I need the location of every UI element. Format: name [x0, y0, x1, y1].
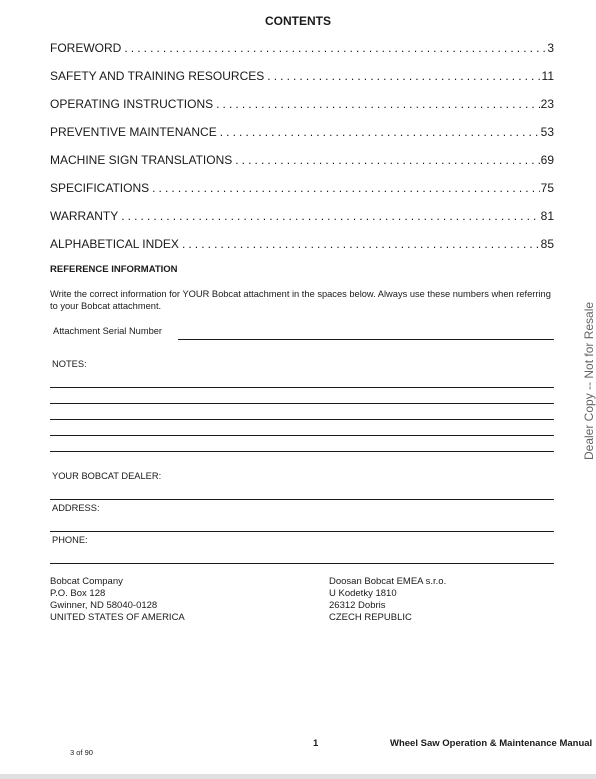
reference-instructions: Write the correct information for YOUR B…	[50, 288, 556, 312]
toc-label: SPECIFICATIONS	[50, 181, 152, 195]
address-line: Gwinner, ND 58040-0128	[50, 600, 185, 612]
dealer-label: YOUR BOBCAT DEALER:	[52, 471, 161, 481]
phone-field[interactable]	[50, 563, 554, 564]
address-field[interactable]	[50, 531, 554, 532]
toc-label: FOREWORD	[50, 41, 124, 55]
watermark: Dealer Copy -- Not for Resale	[582, 302, 596, 460]
address-label: ADDRESS:	[52, 503, 100, 513]
toc-page: 3	[546, 41, 554, 55]
toc-entry[interactable]: OPERATING INSTRUCTIONS .................…	[50, 97, 554, 113]
toc-label: ALPHABETICAL INDEX	[50, 237, 182, 251]
notes-label: NOTES:	[52, 359, 87, 369]
address-line: CZECH REPUBLIC	[329, 612, 446, 624]
toc-entry[interactable]: MACHINE SIGN TRANSLATIONS ..............…	[50, 153, 554, 169]
toc-label: MACHINE SIGN TRANSLATIONS	[50, 153, 235, 167]
page-counter: 3 of 90	[70, 748, 93, 757]
serial-number-label: Attachment Serial Number	[53, 326, 162, 336]
toc-page: 23	[540, 97, 554, 111]
notes-line[interactable]	[50, 387, 554, 388]
address-block-emea: Doosan Bobcat EMEA s.r.o. U Kodetky 1810…	[329, 576, 446, 624]
address-line: 26312 Dobris	[329, 600, 446, 612]
address-line: P.O. Box 128	[50, 588, 185, 600]
dot-leader: ........................................…	[152, 181, 540, 195]
notes-line[interactable]	[50, 451, 554, 452]
toc-label: OPERATING INSTRUCTIONS	[50, 97, 216, 111]
dot-leader: ........................................…	[267, 69, 540, 83]
toc-entry[interactable]: FOREWORD ...............................…	[50, 41, 554, 57]
notes-line[interactable]	[50, 403, 554, 404]
address-line: Doosan Bobcat EMEA s.r.o.	[329, 576, 446, 588]
toc-entry[interactable]: SPECIFICATIONS .........................…	[50, 181, 554, 197]
dot-leader: ........................................…	[121, 209, 539, 223]
toc-page: 11	[541, 69, 554, 83]
toc-label: PREVENTIVE MAINTENANCE	[50, 125, 220, 139]
toc-label: SAFETY AND TRAINING RESOURCES	[50, 69, 267, 83]
footer-page-number: 1	[313, 738, 318, 749]
footer-manual-title: Wheel Saw Operation & Maintenance Manual	[390, 738, 592, 749]
address-line: Bobcat Company	[50, 576, 185, 588]
dot-leader: ........................................…	[235, 153, 539, 167]
toc-page: 81	[540, 209, 554, 223]
dot-leader: ........................................…	[216, 97, 540, 111]
viewer-bottom-bar	[0, 774, 596, 779]
phone-label: PHONE:	[52, 535, 88, 545]
dot-leader: ........................................…	[182, 237, 540, 251]
address-line: U Kodetky 1810	[329, 588, 446, 600]
toc-page: 75	[540, 181, 554, 195]
dot-leader: ........................................…	[124, 41, 546, 55]
toc-entry[interactable]: PREVENTIVE MAINTENANCE .................…	[50, 125, 554, 141]
toc-entry[interactable]: WARRANTY ...............................…	[50, 209, 554, 225]
toc-page: 69	[540, 153, 554, 167]
toc-label: WARRANTY	[50, 209, 121, 223]
toc-page: 53	[540, 125, 554, 139]
toc-entry[interactable]: ALPHABETICAL INDEX .....................…	[50, 237, 554, 253]
address-line: UNITED STATES OF AMERICA	[50, 612, 185, 624]
page-title: CONTENTS	[0, 14, 596, 28]
dealer-field[interactable]	[50, 499, 554, 500]
notes-line[interactable]	[50, 435, 554, 436]
notes-line[interactable]	[50, 419, 554, 420]
serial-number-field[interactable]	[178, 339, 554, 340]
reference-heading: REFERENCE INFORMATION	[50, 264, 178, 275]
toc-entry[interactable]: SAFETY AND TRAINING RESOURCES ..........…	[50, 69, 554, 85]
dot-leader: ........................................…	[220, 125, 540, 139]
toc-page: 85	[540, 237, 554, 251]
address-block-usa: Bobcat Company P.O. Box 128 Gwinner, ND …	[50, 576, 185, 624]
